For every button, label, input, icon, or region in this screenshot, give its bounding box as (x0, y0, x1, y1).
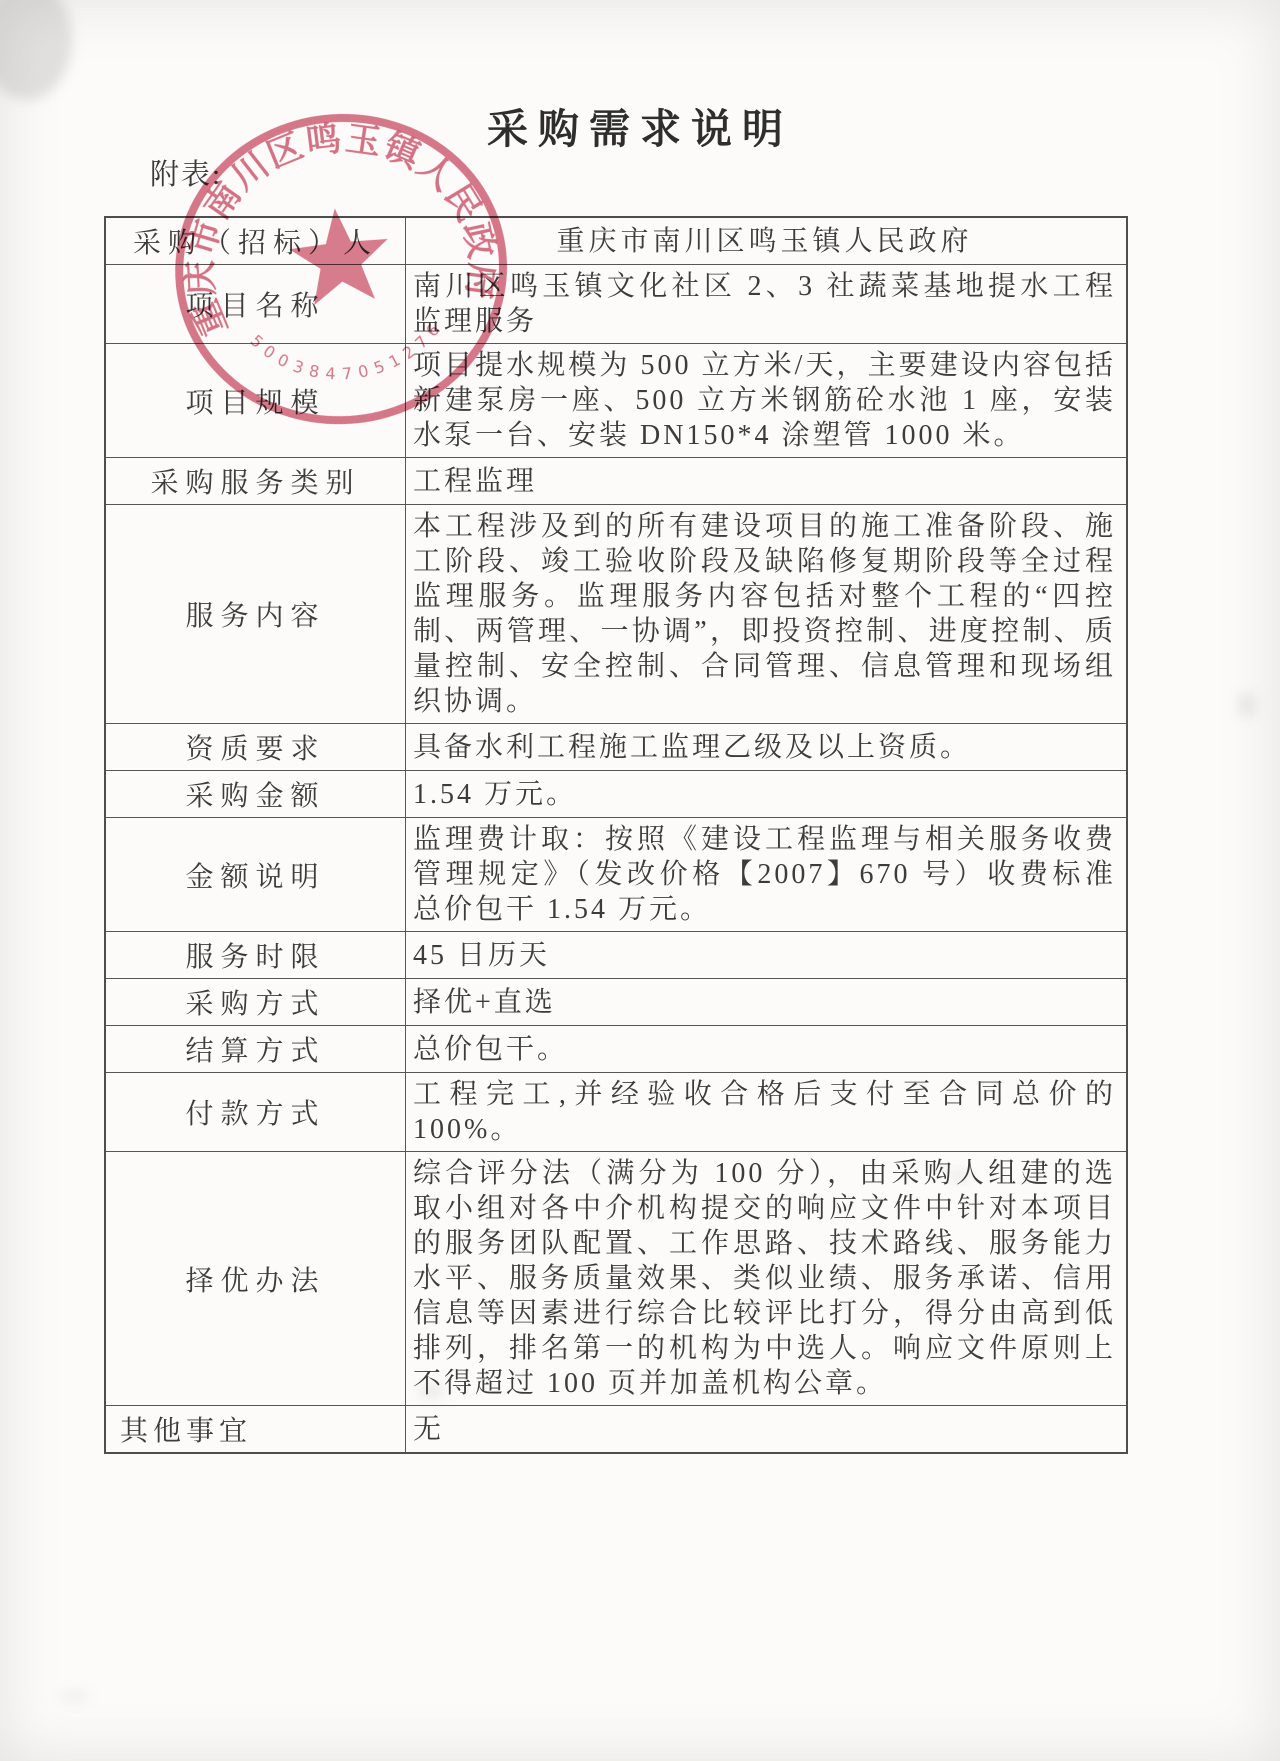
row-value: 1.54 万元。 (406, 771, 1126, 817)
table-row: 服务内容本工程涉及到的所有建设项目的施工准备阶段、施工阶段、竣工验收阶段及缺陷修… (106, 504, 1126, 723)
row-value: 重庆市南川区鸣玉镇人民政府 (406, 218, 1126, 264)
table-row: 采购服务类别工程监理 (106, 457, 1126, 504)
document-title: 采购需求说明 (0, 96, 1280, 155)
row-label: 项目规模 (106, 344, 406, 457)
row-label: 结算方式 (106, 1026, 406, 1072)
row-value: 本工程涉及到的所有建设项目的施工准备阶段、施工阶段、竣工验收阶段及缺陷修复期阶段… (406, 505, 1126, 723)
row-value: 综合评分法（满分为 100 分），由采购人组建的选取小组对各中介机构提交的响应文… (406, 1152, 1126, 1405)
table-row: 服务时限45 日历天 (106, 931, 1126, 978)
table-row: 采购（招标）人重庆市南川区鸣玉镇人民政府 (106, 218, 1126, 264)
row-label: 采购（招标）人 (106, 218, 406, 264)
table-row: 项目名称南川区鸣玉镇文化社区 2、3 社蔬菜基地提水工程监理服务 (106, 264, 1126, 343)
row-label: 采购服务类别 (106, 458, 406, 504)
table-row: 择优办法综合评分法（满分为 100 分），由采购人组建的选取小组对各中介机构提交… (106, 1151, 1126, 1405)
row-value: 监理费计取：按照《建设工程监理与相关服务收费管理规定》（发改价格【2007】67… (406, 818, 1126, 931)
row-label: 项目名称 (106, 265, 406, 343)
row-label: 采购金额 (106, 771, 406, 817)
row-value: 45 日历天 (406, 932, 1126, 978)
row-value: 总价包干。 (406, 1026, 1126, 1072)
table-row: 其他事宜无 (106, 1405, 1126, 1452)
row-label: 服务内容 (106, 505, 406, 723)
row-label: 服务时限 (106, 932, 406, 978)
scan-smudge (60, 1690, 90, 1702)
row-label: 择优办法 (106, 1152, 406, 1405)
row-label: 金额说明 (106, 818, 406, 931)
row-value: 无 (406, 1406, 1126, 1452)
table-row: 采购方式择优+直选 (106, 978, 1126, 1025)
table-row: 资质要求具备水利工程施工监理乙级及以上资质。 (106, 723, 1126, 770)
scan-smudge (1238, 692, 1256, 718)
row-label: 付款方式 (106, 1073, 406, 1151)
table-row: 结算方式总价包干。 (106, 1025, 1126, 1072)
row-label: 资质要求 (106, 724, 406, 770)
table-row: 采购金额1.54 万元。 (106, 770, 1126, 817)
requirements-table: 采购（招标）人重庆市南川区鸣玉镇人民政府项目名称南川区鸣玉镇文化社区 2、3 社… (104, 216, 1128, 1454)
row-value: 南川区鸣玉镇文化社区 2、3 社蔬菜基地提水工程监理服务 (406, 265, 1126, 343)
table-row: 金额说明监理费计取：按照《建设工程监理与相关服务收费管理规定》（发改价格【200… (106, 817, 1126, 931)
scanned-page: 采购需求说明 附表: 采购（招标）人重庆市南川区鸣玉镇人民政府项目名称南川区鸣玉… (0, 0, 1280, 1761)
row-label: 采购方式 (106, 979, 406, 1025)
row-value: 工程完工,并经验收合格后支付至合同总价的 100%。 (406, 1073, 1126, 1151)
table-row: 付款方式工程完工,并经验收合格后支付至合同总价的 100%。 (106, 1072, 1126, 1151)
table-row: 项目规模项目提水规模为 500 立方米/天，主要建设内容包括新建泵房一座、500… (106, 343, 1126, 457)
row-value: 具备水利工程施工监理乙级及以上资质。 (406, 724, 1126, 770)
row-label: 其他事宜 (106, 1406, 406, 1452)
scan-smudge (0, 0, 72, 100)
row-value: 择优+直选 (406, 979, 1126, 1025)
attachment-label: 附表: (150, 152, 222, 193)
row-value: 工程监理 (406, 458, 1126, 504)
row-value: 项目提水规模为 500 立方米/天，主要建设内容包括新建泵房一座、500 立方米… (406, 344, 1126, 457)
